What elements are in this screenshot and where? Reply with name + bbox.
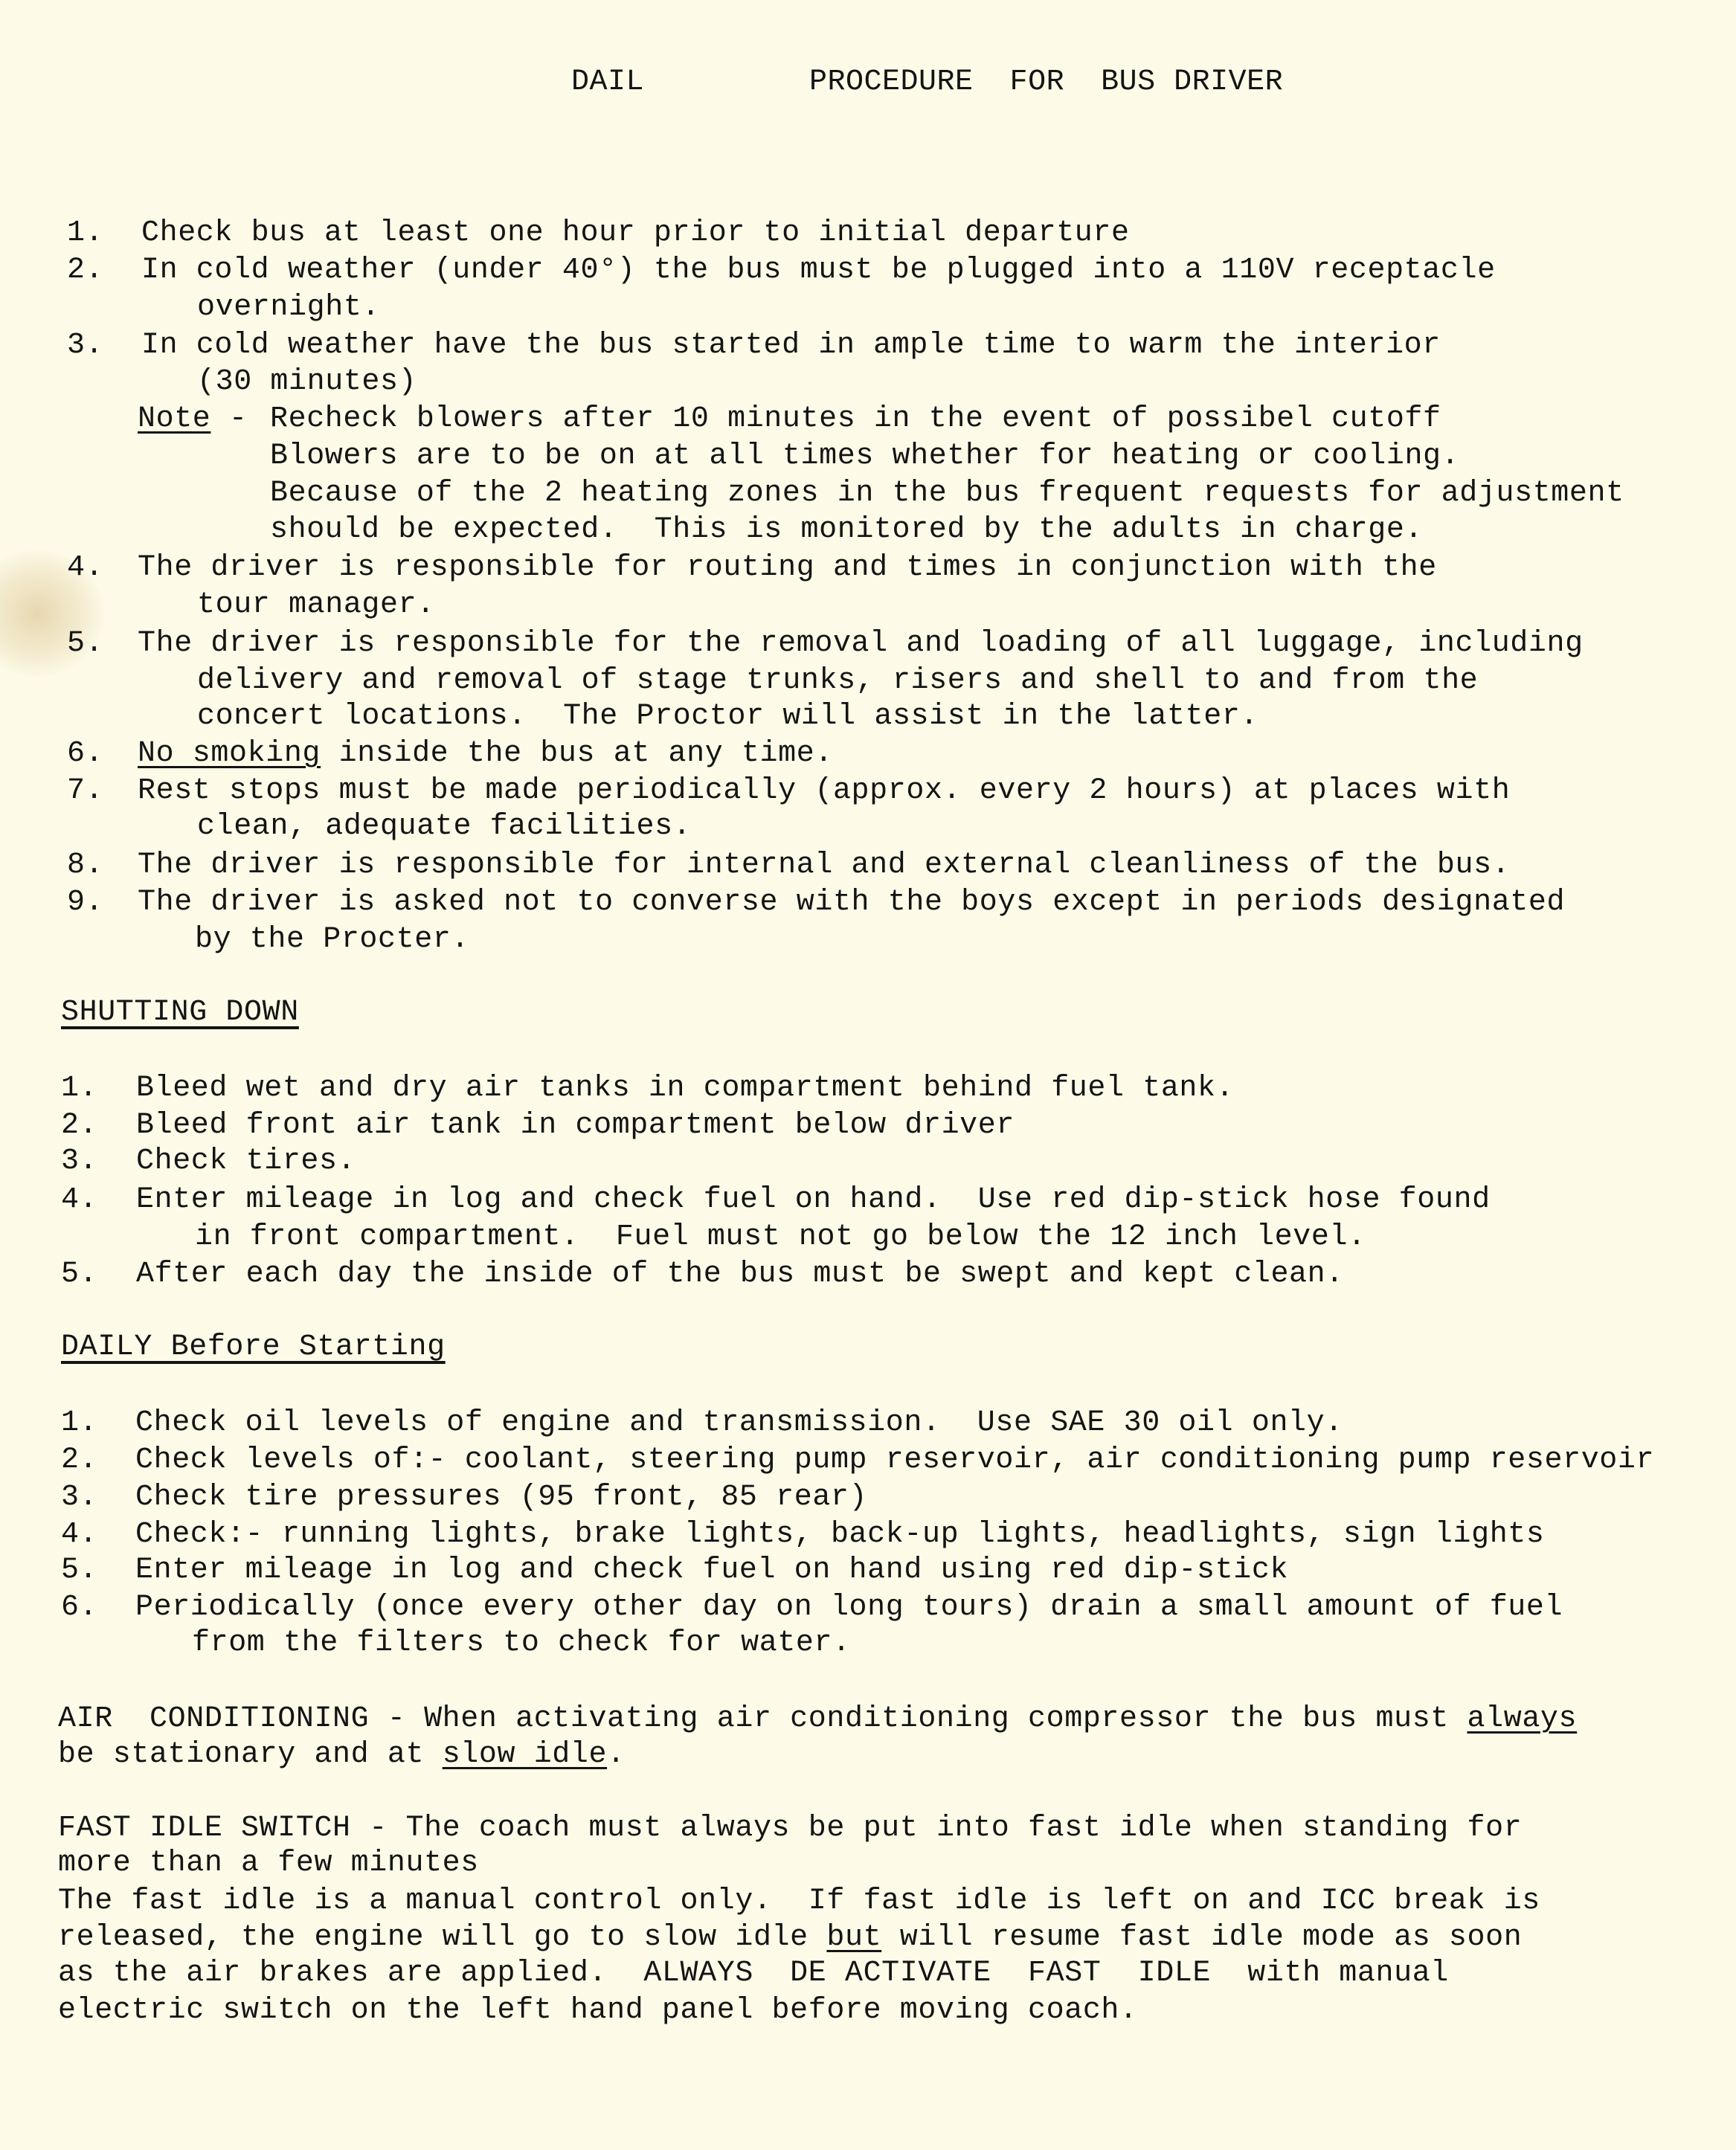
title-left: DAIL: [571, 65, 644, 99]
list-item-continuation: from the filters to check for water.: [192, 1626, 851, 1661]
list-item-number: 2.: [61, 1443, 97, 1478]
list-item: The driver is responsible for the remova…: [138, 626, 1584, 662]
list-item-number: 2.: [67, 253, 103, 289]
list-item: After each day the inside of the bus mus…: [136, 1257, 1344, 1293]
paragraph-line: as the air brakes are applied. ALWAYS DE…: [58, 1956, 1449, 1992]
note-line: Recheck blowers after 10 minutes in the …: [270, 402, 1441, 437]
list-item-number: 1.: [61, 1071, 97, 1107]
list-item: The driver is asked not to converse with…: [138, 885, 1565, 921]
list-item-number: 4.: [61, 1182, 97, 1218]
list-item: In cold weather have the bus started in …: [141, 328, 1441, 364]
list-item-continuation: (30 minutes): [197, 364, 417, 400]
list-item: Bleed wet and dry air tanks in compartme…: [136, 1071, 1234, 1107]
list-item: Check levels of:- coolant, steering pump…: [135, 1443, 1654, 1478]
list-item: Check:- running lights, brake lights, ba…: [135, 1517, 1545, 1553]
list-item-number: 7.: [67, 773, 103, 809]
list-item-continuation: delivery and removal of stage trunks, ri…: [197, 663, 1478, 699]
list-item-continuation: concert locations. The Proctor will assi…: [197, 699, 1258, 735]
paragraph-line: AIR CONDITIONING - When activating air c…: [58, 1702, 1577, 1737]
list-item-number: 5.: [61, 1257, 97, 1293]
list-item: In cold weather (under 40°) the bus must…: [141, 253, 1496, 289]
list-item-number: 9.: [67, 885, 103, 921]
list-item-number: 4.: [61, 1517, 97, 1553]
list-item: The driver is responsible for internal a…: [138, 848, 1510, 884]
paragraph-line: be stationary and at slow idle.: [58, 1737, 626, 1773]
list-item: The driver is responsible for routing an…: [138, 550, 1437, 586]
list-item-number: 2.: [61, 1108, 97, 1144]
list-item-number: 3.: [67, 328, 103, 364]
note-line: Because of the 2 heating zones in the bu…: [270, 476, 1624, 512]
list-item: Enter mileage in log and check fuel on h…: [136, 1182, 1491, 1218]
paragraph-line: more than a few minutes: [58, 1846, 479, 1882]
list-item-number: 3.: [61, 1144, 97, 1179]
note-block: Note -: [138, 402, 266, 437]
list-item: Check tires.: [136, 1144, 356, 1179]
title-right: PROCEDURE FOR BUS DRIVER: [809, 65, 1283, 99]
list-item-number: 4.: [67, 550, 103, 586]
list-item-continuation: clean, adequate facilities.: [197, 809, 691, 845]
list-item-number: 1.: [61, 1406, 97, 1441]
list-item-continuation: tour manager.: [197, 588, 435, 623]
paragraph-line: electric switch on the left hand panel b…: [58, 1993, 1138, 2029]
list-item: Check oil levels of engine and transmiss…: [135, 1406, 1343, 1441]
list-item-continuation: in front compartment. Fuel must not go b…: [195, 1220, 1366, 1255]
section-heading: SHUTTING DOWN: [61, 995, 299, 1031]
paragraph-line: FAST IDLE SWITCH - The coach must always…: [58, 1811, 1522, 1847]
paragraph-line: released, the engine will go to slow idl…: [58, 1920, 1522, 1956]
list-item: Periodically (once every other day on lo…: [135, 1590, 1563, 1626]
list-item: Bleed front air tank in compartment belo…: [136, 1108, 1015, 1144]
list-item-continuation: overnight.: [197, 290, 380, 326]
list-item-number: 6.: [61, 1590, 97, 1626]
list-item: Check bus at least one hour prior to ini…: [141, 216, 1130, 251]
list-item-number: 8.: [67, 848, 103, 884]
always-emphasis: always: [1467, 1702, 1578, 1736]
slow-idle-emphasis: slow idle: [443, 1738, 607, 1771]
list-item: Rest stops must be made periodically (ap…: [138, 773, 1510, 809]
paragraph-line: The fast idle is a manual control only. …: [58, 1884, 1540, 1919]
list-item-continuation: by the Procter.: [195, 922, 469, 958]
no-smoking-emphasis: No smoking: [138, 737, 321, 770]
note-line: Blowers are to be on at all times whethe…: [270, 439, 1459, 474]
note-label: Note: [138, 402, 210, 436]
note-line: should be expected. This is monitored by…: [270, 512, 1423, 548]
list-item-number: 6.: [67, 736, 103, 772]
but-emphasis: but: [826, 1921, 881, 1954]
list-item-number: 5.: [61, 1553, 97, 1589]
list-item-number: 5.: [67, 626, 103, 662]
list-item-number: 3.: [61, 1480, 97, 1516]
list-item-number: 1.: [67, 216, 103, 251]
list-item: Enter mileage in log and check fuel on h…: [135, 1553, 1288, 1589]
section-heading: DAILY Before Starting: [61, 1330, 446, 1365]
page-title: DAILPROCEDURE FOR BUS DRIVER: [571, 65, 1283, 99]
list-item: Check tire pressures (95 front, 85 rear): [135, 1480, 867, 1516]
list-item: No smoking inside the bus at any time.: [138, 736, 833, 772]
